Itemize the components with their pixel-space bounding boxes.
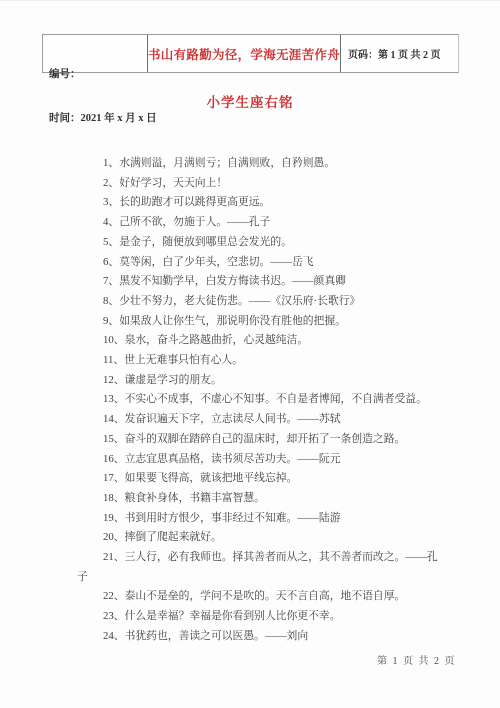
list-item: 13、不实心不成事，不虚心不知事。不自是者博闻，不自满者受益。 — [77, 390, 438, 410]
list-item: 20、摔倒了爬起来就好。 — [77, 528, 438, 548]
list-item: 5、是金子，随便放到哪里总会发光的。 — [77, 233, 438, 253]
list-item: 16、立志宜思真品格，读书须尽苦功夫。——阮元 — [77, 450, 438, 470]
list-item: 6、莫等闲，白了少年头，空悲切。——岳飞 — [77, 253, 438, 273]
list-item: 14、发奋识遍天下字，立志读尽人间书。——苏轼 — [77, 410, 438, 430]
header-table: 编号： 时间：2021 年 x 月 x 日 书山有路勤为径，学海无涯苦作舟 页码… — [42, 34, 459, 73]
page-number-footer: 第 1 页 共 2 页 — [0, 652, 456, 667]
list-item: 15、奋斗的双脚在踏碎自己的温床时，却开拓了一条创造之路。 — [77, 430, 438, 450]
list-item: 21、三人行，必有我师也。择其善者而从之，其不善者而改之。——孔子 — [77, 548, 438, 587]
header-cell-meta: 编号： 时间：2021 年 x 月 x 日 — [43, 35, 148, 72]
doc-number-label: 编号： — [49, 68, 145, 83]
list-item: 11、世上无难事只怕有心人。 — [77, 351, 438, 371]
list-item: 3、长的助跑才可以跳得更高更远。 — [77, 193, 438, 213]
list-item: 23、什么是幸福？幸福是你看到别人比你更不幸。 — [77, 607, 438, 627]
motto-list: 1、水满则溢，月满则亏；自满则败，自矜则愚。 2、好好学习，天天向上！ 3、长的… — [77, 154, 438, 647]
header-page-label: 页码：第 1 页 共 2 页 — [340, 35, 458, 72]
list-item: 9、如果敌人让你生气，那说明你没有胜他的把握。 — [77, 312, 438, 332]
list-item: 1、水满则溢，月满则亏；自满则败，自矜则愚。 — [77, 154, 438, 174]
header-motto: 书山有路勤为径，学海无涯苦作舟 — [148, 35, 340, 72]
list-item: 19、书到用时方恨少，事非经过不知难。——陆游 — [77, 509, 438, 529]
page-title: 小学生座右铭 — [0, 91, 500, 111]
list-item: 18、粮食补身体，书籍丰富智慧。 — [77, 489, 438, 509]
doc-time-label: 时间：2021 年 x 月 x 日 — [49, 112, 145, 127]
list-item: 7、黑发不知勤学早，白发方悔读书迟。——颜真卿 — [77, 272, 438, 292]
list-item: 24、书犹药也，善读之可以医愚。——刘向 — [77, 627, 438, 647]
document-page: 编号： 时间：2021 年 x 月 x 日 书山有路勤为径，学海无涯苦作舟 页码… — [0, 0, 500, 708]
list-item: 17、如果要飞得高，就该把地平线忘掉。 — [77, 469, 438, 489]
list-item: 22、泰山不是垒的，学问不是吹的。天不言自高，地不语自厚。 — [77, 587, 438, 607]
list-item: 4、己所不欲，勿施于人。——孔子 — [77, 213, 438, 233]
list-item: 2、好好学习，天天向上！ — [77, 174, 438, 194]
list-item: 10、泉水，奋斗之路越曲折，心灵越纯洁。 — [77, 331, 438, 351]
list-item: 12、谦虚是学习的朋友。 — [77, 371, 438, 391]
list-item: 8、少壮不努力，老大徒伤悲。——《汉乐府·长歌行》 — [77, 292, 438, 312]
